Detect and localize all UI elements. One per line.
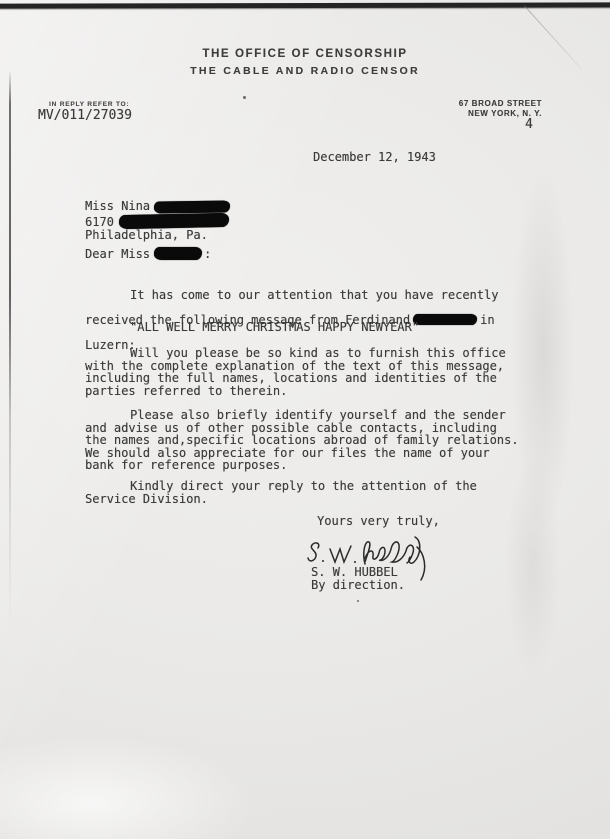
redaction-mark [154, 200, 230, 213]
closing-line: Yours very truly, [317, 515, 440, 528]
redaction-mark [119, 212, 229, 228]
letterhead-title: THE OFFICE OF CENSORSHIP [0, 48, 610, 60]
office-address-street: 67 BROAD STREET [459, 99, 542, 109]
paragraph-1-line-2-tail: in [480, 313, 494, 327]
scan-edge-artifact-left [9, 70, 11, 630]
typed-signature-name: S. W. HUBBEL [311, 566, 398, 579]
letterhead-subtitle: THE CABLE AND RADIO CENSOR [0, 65, 610, 77]
office-address: 67 BROAD STREET NEW YORK, N. Y. [459, 99, 542, 118]
recipient-name-line: Miss Nina [85, 200, 230, 214]
paragraph-1-line-1: It has come to our attention that you ha… [85, 289, 560, 302]
date-line: December 12, 1943 [313, 151, 436, 164]
recipient-street-number: 6170 [85, 215, 114, 229]
letter-page: THE OFFICE OF CENSORSHIP THE CABLE AND R… [0, 0, 610, 839]
scan-edge-artifact-top [0, 2, 610, 8]
redaction-mark [154, 247, 202, 260]
recipient-address-block: Miss Nina 6170 Philadelphia, Pa. [85, 200, 230, 243]
paragraph-2: Will you please be so kind as to furnish… [85, 347, 560, 397]
cable-message-quote: "ALL WELL MERRY CHRISTMAS HAPPY NEWYEAR" [130, 321, 419, 334]
paragraph-3: Please also briefly identify yourself an… [85, 409, 560, 472]
reply-refer-label: IN REPLY REFER TO: [49, 101, 129, 108]
salutation: Dear Miss: [85, 247, 211, 261]
scan-speck [243, 96, 246, 99]
letterhead: THE OFFICE OF CENSORSHIP THE CABLE AND R… [0, 48, 610, 77]
scan-speck [357, 600, 359, 602]
scan-smudge [0, 720, 300, 839]
redaction-mark [413, 314, 477, 325]
paragraph-4: Kindly direct your reply to the attentio… [85, 480, 560, 505]
page-number: 4 [525, 119, 533, 132]
salutation-colon: : [204, 247, 211, 261]
signature-byline: By direction. [311, 579, 405, 592]
reference-number: MV/011/27039 [38, 110, 132, 123]
recipient-city-line: Philadelphia, Pa. [85, 229, 230, 243]
salutation-text: Dear Miss [85, 247, 150, 261]
recipient-street-line: 6170 [85, 214, 230, 230]
recipient-name: Miss Nina [85, 199, 150, 213]
